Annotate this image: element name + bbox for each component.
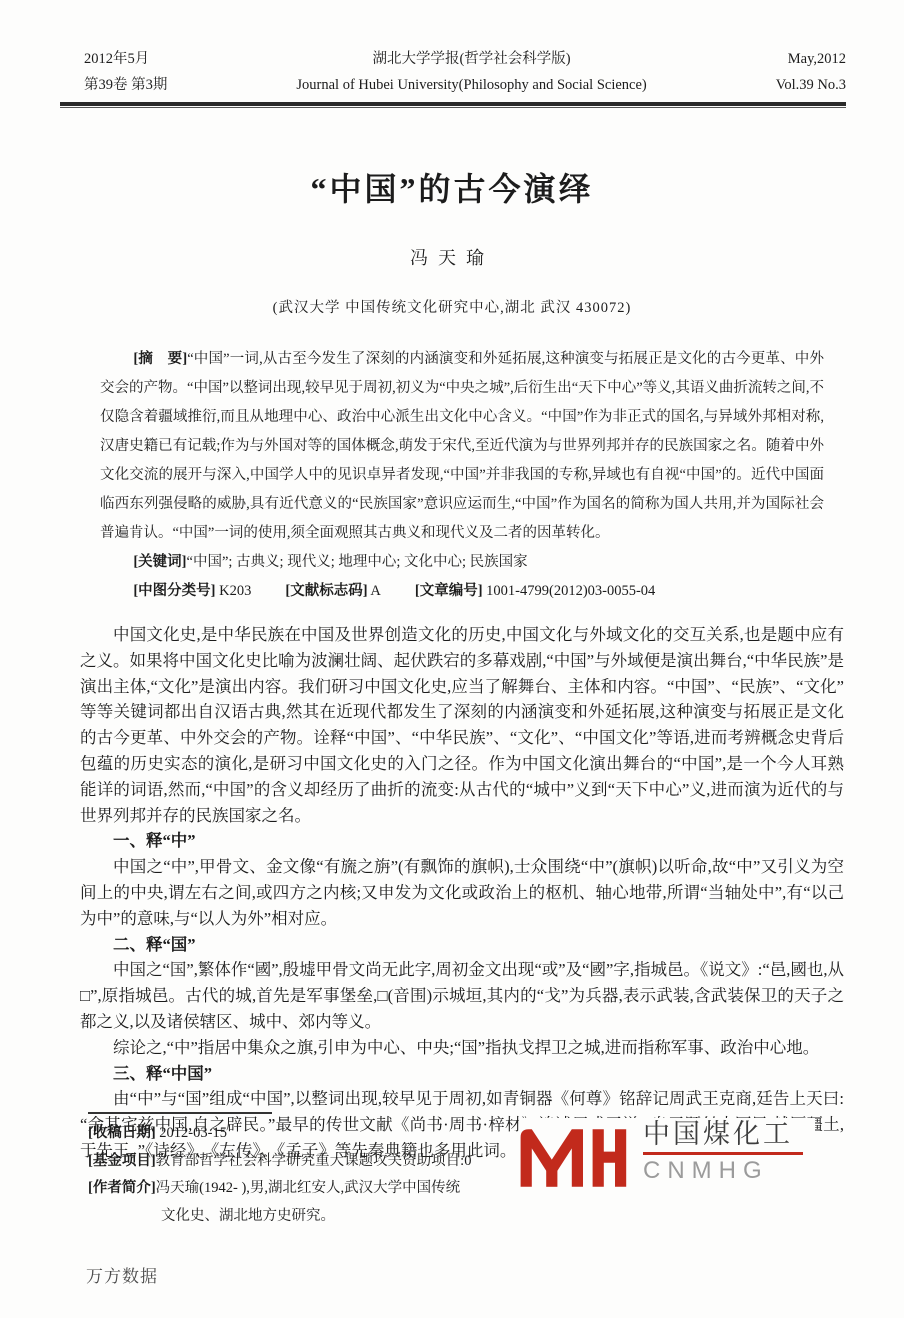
header-right: May,2012 Vol.39 No.3 bbox=[776, 46, 846, 98]
article-title: “中国”的古今演绎 bbox=[0, 164, 904, 210]
classification: [中图分类号] K203[文献标志码] A[文章编号] 1001-4799(20… bbox=[100, 577, 824, 606]
clc-label: [中图分类号] bbox=[133, 583, 215, 599]
abstract: [摘 要]“中国”一词,从古至今发生了深刻的内涵演变和外延拓展,这种演变与拓展正… bbox=[100, 345, 824, 548]
publisher-watermark: 中国煤化工 CNMHG bbox=[519, 1118, 815, 1202]
section-heading-2: 二、释“国” bbox=[80, 932, 844, 958]
header-left: 2012年5月 第39卷 第3期 bbox=[84, 46, 167, 98]
section-heading-1: 一、释“中” bbox=[80, 828, 844, 854]
watermark-red-underline bbox=[643, 1152, 803, 1155]
watermark-name-en: CNMHG bbox=[643, 1156, 803, 1186]
keywords: [关键词]“中国”; 古典义; 现代义; 地理中心; 文化中心; 民族国家 bbox=[100, 548, 824, 577]
keywords-text: “中国”; 古典义; 现代义; 地理中心; 文化中心; 民族国家 bbox=[187, 554, 528, 570]
header-divider bbox=[60, 102, 846, 108]
header-date-en: May,2012 bbox=[776, 46, 846, 72]
coal-chem-logo-icon bbox=[519, 1122, 631, 1194]
article-author: 冯天瑜 bbox=[0, 244, 904, 270]
article-id-value: 1001-4799(2012)03-0055-04 bbox=[486, 583, 655, 599]
doc-code-label: [文献标志码] bbox=[285, 583, 367, 599]
journal-page: 2012年5月 第39卷 第3期 湖北大学学报(哲学社会科学版) Journal… bbox=[0, 0, 904, 1318]
body-paragraph-4: 综论之,“中”指居中集众之旗,引申为中心、中央;“国”指执戈捍卫之城,进而指称军… bbox=[80, 1035, 844, 1061]
article-affiliation: (武汉大学 中国传统文化研究中心,湖北 武汉 430072) bbox=[0, 296, 904, 317]
footnote-divider bbox=[88, 1112, 272, 1114]
funding-text: 教育部哲学社会科学研究重大课题攻关资助项目:0 bbox=[156, 1153, 472, 1169]
journal-header: 2012年5月 第39卷 第3期 湖北大学学报(哲学社会科学版) Journal… bbox=[84, 46, 846, 98]
abstract-label: [摘 要] bbox=[133, 351, 187, 367]
author-bio-label: [作者简介] bbox=[88, 1180, 156, 1196]
keywords-label: [关键词] bbox=[133, 554, 186, 570]
doc-code-value: A bbox=[370, 583, 380, 599]
watermark-name-cn: 中国煤化工 bbox=[643, 1118, 803, 1150]
body-paragraph-2: 中国之“中”,甲骨文、金文像“有旒之旃”(有飘饰的旗帜),士众围绕“中”(旗帜)… bbox=[80, 854, 844, 931]
clc-value: K203 bbox=[219, 583, 251, 599]
wanfang-data-mark: 万方数据 bbox=[86, 1262, 158, 1287]
received-date-label: [收稿日期] bbox=[88, 1125, 156, 1141]
watermark-text-block: 中国煤化工 CNMHG bbox=[643, 1118, 803, 1186]
header-issue-cn: 第39卷 第3期 bbox=[84, 72, 167, 98]
funding-label: [基金项目] bbox=[88, 1153, 156, 1169]
received-date-value: 2012-03-15 bbox=[159, 1125, 227, 1141]
abstract-text: “中国”一词,从古至今发生了深刻的内涵演变和外延拓展,这种演变与拓展正是文化的古… bbox=[100, 351, 824, 541]
body-paragraph-3: 中国之“国”,繁体作“國”,殷墟甲骨文尚无此字,周初金文出现“或”及“國”字,指… bbox=[80, 957, 844, 1034]
article-id-label: [文章编号] bbox=[415, 583, 483, 599]
section-heading-3: 三、释“中国” bbox=[80, 1061, 844, 1087]
article-body: 中国文化史,是中华民族在中国及世界创造文化的历史,中国文化与外域文化的交互关系,… bbox=[80, 622, 844, 1164]
article-meta: [摘 要]“中国”一词,从古至今发生了深刻的内涵演变和外延拓展,这种演变与拓展正… bbox=[100, 345, 824, 606]
body-paragraph-1: 中国文化史,是中华民族在中国及世界创造文化的历史,中国文化与外域文化的交互关系,… bbox=[80, 622, 844, 828]
author-bio-line2: 文化史、湖北地方史研究。 bbox=[161, 1208, 335, 1224]
header-issue-en: Vol.39 No.3 bbox=[776, 72, 846, 98]
journal-name-en: Journal of Hubei University(Philosophy a… bbox=[296, 72, 646, 98]
header-center: 湖北大学学报(哲学社会科学版) Journal of Hubei Univers… bbox=[296, 46, 646, 98]
author-bio-pre: 冯天瑜(1942- ),男,湖北红安人,武汉大学中国传统 bbox=[156, 1180, 460, 1196]
journal-name-cn: 湖北大学学报(哲学社会科学版) bbox=[296, 46, 646, 72]
header-date-cn: 2012年5月 bbox=[84, 46, 167, 72]
